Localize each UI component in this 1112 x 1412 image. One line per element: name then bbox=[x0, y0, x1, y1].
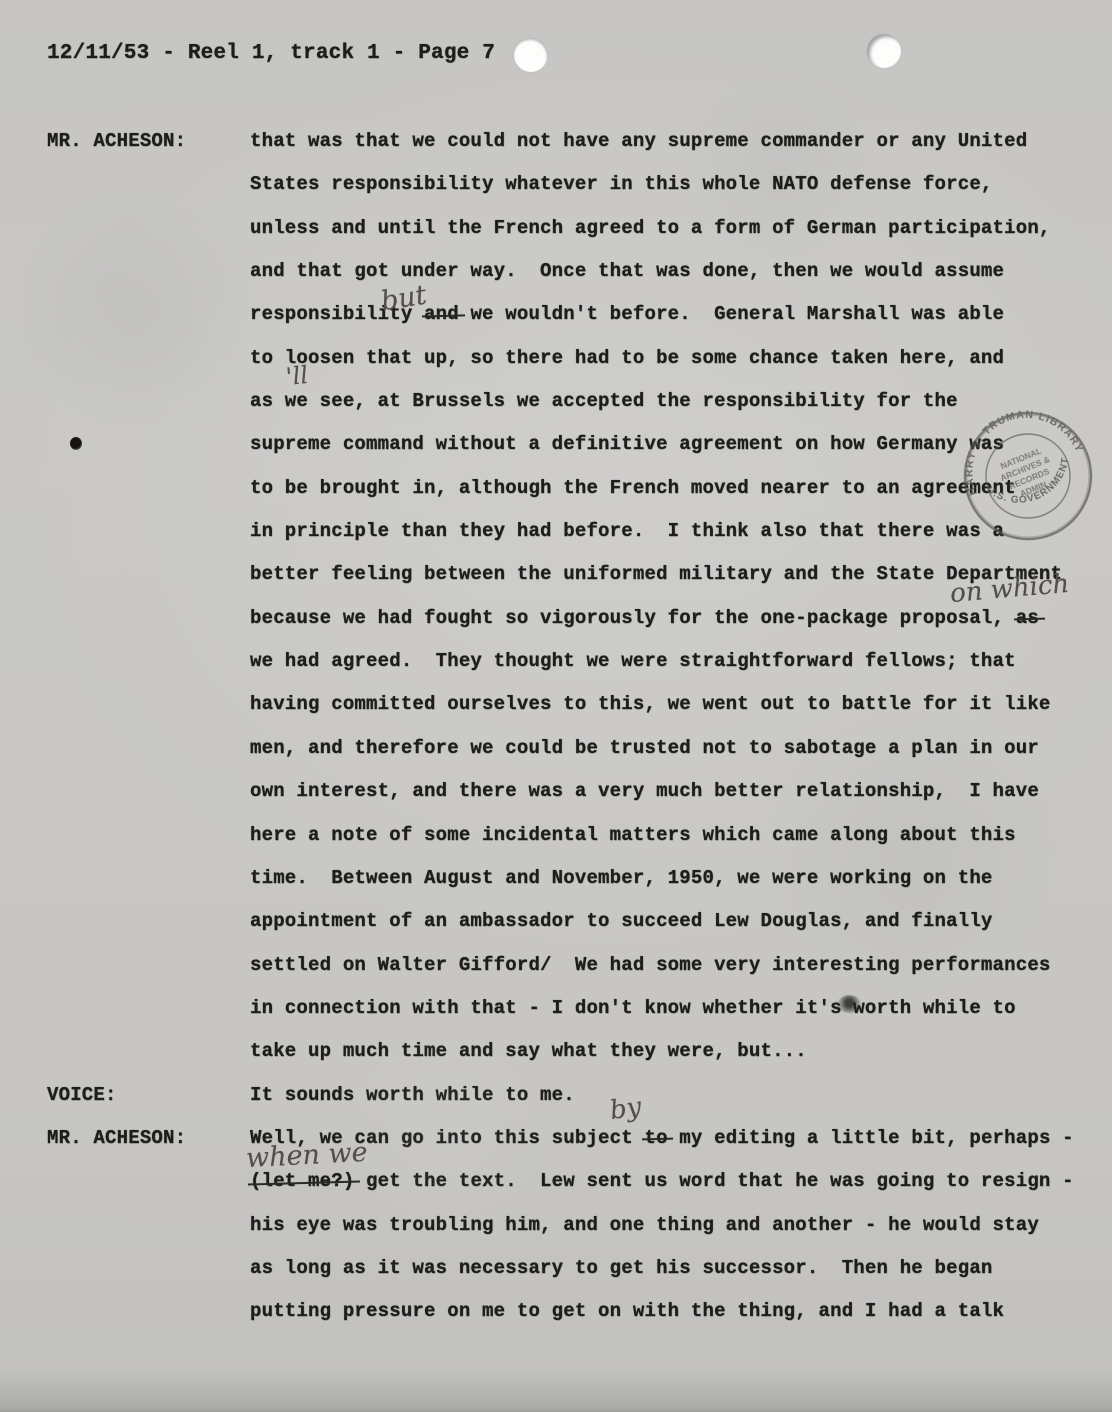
line-text: here a note of some incidental matters w… bbox=[250, 824, 1016, 846]
note-by: by bbox=[608, 1092, 643, 1126]
transcript-line: take up much time and say what they were… bbox=[0, 1037, 1112, 1080]
line-text: as long as it was necessary to get his s… bbox=[250, 1257, 993, 1279]
transcript-line: unless and until the French agreed to a … bbox=[0, 214, 1112, 257]
line-text: men, and therefore we could be trusted n… bbox=[250, 737, 1039, 759]
transcript-line: time. Between August and November, 1950,… bbox=[0, 864, 1112, 907]
ink-dot bbox=[70, 437, 82, 450]
speaker-label: MR. ACHESON: bbox=[47, 1127, 186, 1149]
line-text: in connection with that - I don't know w… bbox=[250, 997, 1016, 1019]
transcript-line: MR. ACHESON:Well, we can go into this su… bbox=[0, 1124, 1112, 1167]
transcript-line: in principle than they had before. I thi… bbox=[0, 517, 1112, 560]
line-text: Well, we can go into this subject to my … bbox=[250, 1127, 1074, 1149]
hole-punch-right bbox=[867, 34, 901, 68]
transcript-line: and that got under way. Once that was do… bbox=[0, 257, 1112, 300]
line-text: we had agreed. They thought we were stra… bbox=[250, 650, 1016, 672]
speaker-label: VOICE: bbox=[47, 1084, 117, 1106]
transcript-line: we had agreed. They thought we were stra… bbox=[0, 647, 1112, 690]
transcript-line: better feeling between the uniformed mil… bbox=[0, 560, 1112, 603]
line-text: and that got under way. Once that was do… bbox=[250, 260, 1004, 282]
line-text: appointment of an ambassador to succeed … bbox=[250, 910, 993, 932]
line-text: better feeling between the uniformed mil… bbox=[250, 563, 1062, 585]
note-when-we: when we bbox=[245, 1137, 368, 1174]
line-text: as we see, at Brussels we accepted the r… bbox=[250, 390, 958, 412]
line-text: supreme command without a definitive agr… bbox=[250, 433, 1004, 455]
line-text: take up much time and say what they were… bbox=[250, 1040, 807, 1062]
line-text: It sounds worth while to me. bbox=[250, 1084, 575, 1106]
line-text: States responsibility whatever in this w… bbox=[250, 173, 993, 195]
struck-text: (let me?) bbox=[250, 1170, 354, 1192]
hole-punch-left bbox=[514, 38, 548, 72]
struck-text: as bbox=[1016, 607, 1039, 629]
struck-text: and bbox=[424, 303, 459, 325]
transcript-line: settled on Walter Gifford/ We had some v… bbox=[0, 951, 1112, 994]
transcript-line: putting pressure on me to get on with th… bbox=[0, 1297, 1112, 1340]
line-text: putting pressure on me to get on with th… bbox=[250, 1300, 1004, 1322]
line-text: that was that we could not have any supr… bbox=[250, 130, 1027, 152]
note-ll: 'll bbox=[285, 361, 310, 391]
line-text: responsibility and we wouldn't before. G… bbox=[250, 303, 1004, 325]
transcript-line: appointment of an ambassador to succeed … bbox=[0, 907, 1112, 950]
line-text: settled on Walter Gifford/ We had some v… bbox=[250, 954, 1051, 976]
line-text: time. Between August and November, 1950,… bbox=[250, 867, 993, 889]
transcript-line: in connection with that - I don't know w… bbox=[0, 994, 1112, 1037]
transcript-line: men, and therefore we could be trusted n… bbox=[0, 734, 1112, 777]
transcript-line: VOICE:It sounds worth while to me. bbox=[0, 1081, 1112, 1124]
transcript-line: responsibility and we wouldn't before. G… bbox=[0, 300, 1112, 343]
transcript-line: MR. ACHESON:that was that we could not h… bbox=[0, 127, 1112, 170]
line-text: his eye was troubling him, and one thing… bbox=[250, 1214, 1039, 1236]
transcript: MR. ACHESON:that was that we could not h… bbox=[0, 127, 1112, 1341]
line-text: to be brought in, although the French mo… bbox=[250, 477, 1016, 499]
line-text: own interest, and there was a very much … bbox=[250, 780, 1039, 802]
line-text: unless and until the French agreed to a … bbox=[250, 217, 1051, 239]
struck-text: to bbox=[644, 1127, 667, 1149]
transcript-line: own interest, and there was a very much … bbox=[0, 777, 1112, 820]
transcript-line: having committed ourselves to this, we w… bbox=[0, 690, 1112, 733]
transcript-line: States responsibility whatever in this w… bbox=[0, 170, 1112, 213]
transcript-line: because we had fought so vigorously for … bbox=[0, 604, 1112, 647]
transcript-line: (let me?) get the text. Lew sent us word… bbox=[0, 1167, 1112, 1210]
line-text: to loosen that up, so there had to be so… bbox=[250, 347, 1004, 369]
transcript-line: to loosen that up, so there had to be so… bbox=[0, 344, 1112, 387]
transcript-line: his eye was troubling him, and one thing… bbox=[0, 1211, 1112, 1254]
line-text: having committed ourselves to this, we w… bbox=[250, 693, 1051, 715]
line-text: because we had fought so vigorously for … bbox=[250, 607, 1039, 629]
line-text: (let me?) get the text. Lew sent us word… bbox=[250, 1170, 1074, 1192]
speaker-label: MR. ACHESON: bbox=[47, 130, 186, 152]
document-page: 12/11/53 - Reel 1, track 1 - Page 7 MR. … bbox=[0, 0, 1112, 1412]
line-text: in principle than they had before. I thi… bbox=[250, 520, 1004, 542]
page-header: 12/11/53 - Reel 1, track 1 - Page 7 bbox=[47, 42, 495, 65]
transcript-line: here a note of some incidental matters w… bbox=[0, 821, 1112, 864]
transcript-line: as long as it was necessary to get his s… bbox=[0, 1254, 1112, 1297]
